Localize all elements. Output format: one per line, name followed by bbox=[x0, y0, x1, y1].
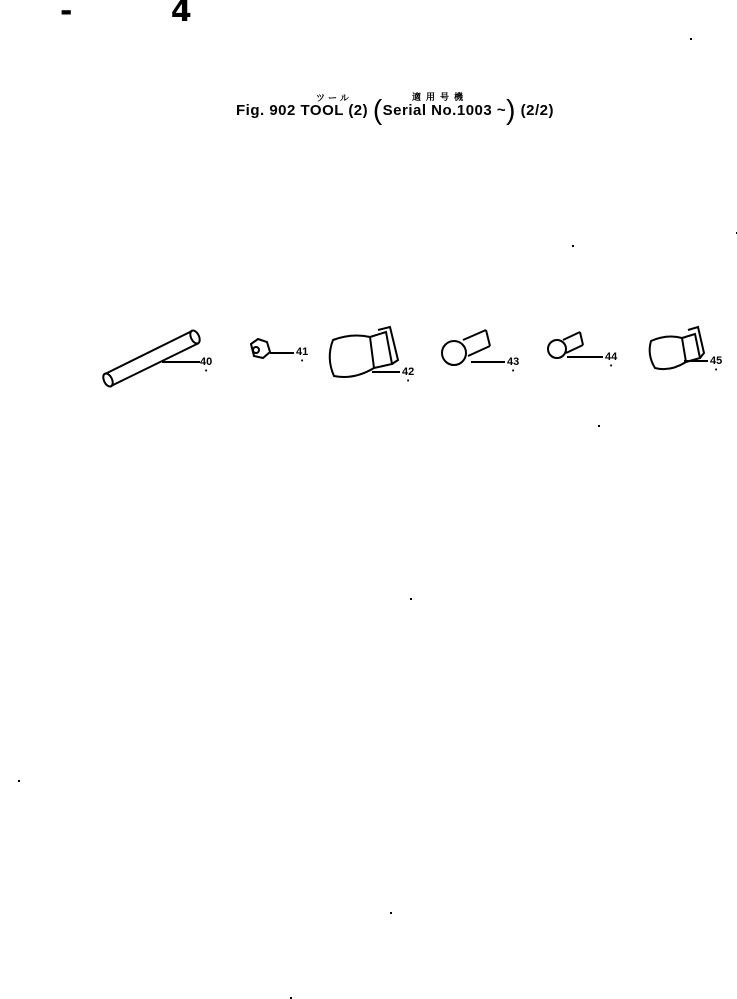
scan-speck bbox=[410, 598, 412, 600]
part-44-bulb bbox=[548, 332, 603, 358]
part-42-bulb bbox=[330, 327, 400, 377]
part-45-bulb bbox=[650, 327, 708, 369]
scan-speck bbox=[390, 912, 392, 914]
scan-speck bbox=[18, 780, 20, 782]
callout-45: 45 • bbox=[710, 355, 722, 374]
part-40-rod bbox=[101, 329, 201, 388]
part-41-nut bbox=[251, 339, 294, 358]
callout-42: 42 • bbox=[402, 366, 414, 385]
scan-speck bbox=[572, 245, 574, 247]
parts-illustration bbox=[0, 0, 737, 999]
scan-speck bbox=[598, 425, 600, 427]
callout-44: 44 • bbox=[605, 351, 617, 370]
part-43-bulb bbox=[442, 330, 505, 365]
callout-40: 40 • bbox=[200, 356, 212, 375]
callout-41: 41 • bbox=[296, 346, 308, 365]
scan-speck bbox=[690, 38, 692, 40]
callout-43: 43 • bbox=[507, 356, 519, 375]
